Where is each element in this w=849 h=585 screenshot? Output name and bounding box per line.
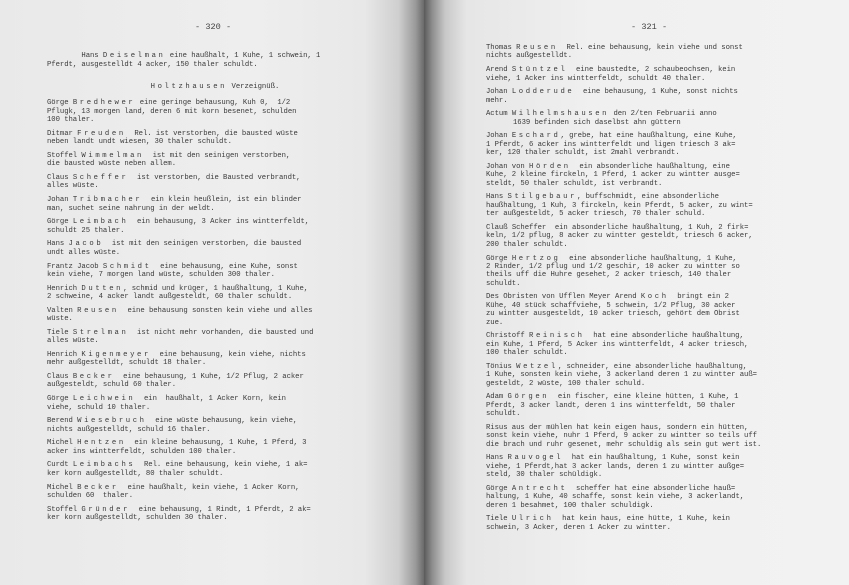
first-name: Hans — [47, 240, 64, 248]
entry: Hans Stilgebaur, buffschmidt, eine abson… — [486, 193, 822, 218]
first-name: Actum — [486, 110, 508, 118]
entry: Henrich Dutten, schmid und krüger, 1 hau… — [47, 285, 383, 302]
entry: Johan von Hörden ein absonderliche haußh… — [486, 163, 822, 188]
first-name: Johan — [47, 196, 69, 204]
entry: Michel Hentzen ein kleine behausung, 1 K… — [47, 439, 383, 456]
right-page-text: Thomas Reusen Rel. eine behausung, kein … — [486, 44, 822, 538]
first-name: Clauß — [486, 224, 508, 232]
entry: Görge Bredhewer eine geringe behausung, … — [47, 99, 383, 124]
first-name: Michel — [47, 439, 73, 447]
section-heading: Holtzhausen Verzeignüß. — [47, 83, 383, 91]
entry: Ditmar Freuden Rel. ist verstorben, die … — [47, 130, 383, 147]
first-name: Tönius — [486, 363, 512, 371]
first-name: Berend — [47, 417, 73, 425]
entry: Hans Rauvogel hat ein haußhaltung, 1 Kuh… — [486, 454, 822, 479]
first-name: Claus — [47, 373, 69, 381]
page-number-left: - 320 - — [195, 22, 231, 32]
entry: Frantz Jacob Schmidt eine behausung, ein… — [47, 263, 383, 280]
surname: Becker — [73, 373, 115, 381]
surname: Stilgebaur — [508, 193, 578, 201]
first-name: Johan — [486, 88, 508, 96]
first-name: Frantz Jacob — [47, 263, 99, 271]
entry: Henrich Kigenmeyer eine behausung, kein … — [47, 351, 383, 368]
first-name: Hans — [486, 193, 503, 201]
first-name: Curdt — [47, 461, 69, 469]
surname: Jacob — [69, 240, 104, 248]
entry-text: ein absonderliche haußhaltung, eine Kuhe… — [486, 163, 740, 188]
left-page: - 320 - Hans Deiselman eine haußhalt, 1 … — [0, 0, 424, 585]
entry: Görge Leimbach ein behausung, 3 Acker in… — [47, 218, 383, 235]
entry: Curdt Leimbachs Rel. eine behausung, kei… — [47, 461, 383, 478]
surname: Ulrich — [512, 515, 554, 523]
first-name: Johan von — [486, 163, 525, 171]
entry: Arend Stüntzel eine baustedte, 2 schaube… — [486, 66, 822, 83]
entry-continuation: 1639 befinden sich daselbst ahn güttern — [486, 119, 822, 127]
first-name: Ditmar — [47, 130, 73, 138]
entry: Risus aus der mühlen hat kein eigen haus… — [486, 424, 822, 449]
entry: Görge Hertzog eine absonderliche haußhal… — [486, 255, 822, 289]
first-name: Christoff — [486, 332, 525, 340]
entry: Valten Reusen eine behausung sonsten kei… — [47, 307, 383, 324]
entry: Thomas Reusen Rel. eine behausung, kein … — [486, 44, 822, 61]
entry-text: den 2/ten Februarii anno — [609, 110, 717, 118]
first-name: Des Obristen von Ufflen Meyer Arend — [486, 293, 637, 301]
surname: Hentzen — [77, 439, 126, 447]
left-page-text: Hans Deiselman eine haußhalt, 1 Kuhe, 1 … — [47, 44, 383, 528]
entry: Berend Wiesebruch eine wüste behausung, … — [47, 417, 383, 434]
surname: Wimmelman — [81, 152, 144, 160]
entry: Görge Leichwein ein haußhalt, 1 Acker Ko… — [47, 395, 383, 412]
surname: Eschard — [512, 132, 561, 140]
surname: Leichwein — [73, 395, 136, 403]
first-name: Görge — [47, 99, 69, 107]
entry: Hans Jacob ist mit den seinigen verstorb… — [47, 240, 383, 257]
entry: Tönius Wetzel, schneider, eine absonderl… — [486, 363, 822, 388]
first-name: Görge — [47, 218, 69, 226]
surname: Freuden — [77, 130, 126, 138]
surname: Reusen — [77, 307, 119, 315]
first-name: Tiele — [486, 515, 508, 523]
entry-text: hat eine absonderliche haußhaltung, ein … — [486, 332, 748, 357]
surname: Koch — [641, 293, 669, 301]
entry: Claus Scheffer ist verstorben, die Baust… — [47, 174, 383, 191]
entry: Claus Becker eine behausung, 1 Kuhe, 1/2… — [47, 373, 383, 390]
entry: Stoffel Gründer eine behausung, 1 Rindt,… — [47, 506, 383, 523]
surname: Tribmacher — [73, 196, 143, 204]
surname: Wilhelmshausen — [512, 110, 609, 118]
entry: Tiele Strelman ist nicht mehr vorhanden,… — [47, 329, 383, 346]
page-number-right: - 321 - — [631, 22, 667, 32]
surname: Strelman — [73, 329, 129, 337]
first-name: Risus aus der mühlen hat kein eigen haus… — [486, 424, 761, 449]
surname: Becker — [77, 484, 119, 492]
entry: Johan Tribmacher ein klein heußlein, ist… — [47, 196, 383, 213]
surname: Leimbachs — [73, 461, 136, 469]
first-name: Stoffel — [47, 506, 77, 514]
entry: Johan Lodderude eine behausung, 1 Kuhe, … — [486, 88, 822, 105]
surname: Hörden — [529, 163, 571, 171]
surname: Scheffer — [512, 224, 546, 232]
entry: Christoff Reinisch hat eine absonderlich… — [486, 332, 822, 357]
first-name: Hans — [81, 52, 98, 60]
first-name: Michel — [47, 484, 73, 492]
first-name: Stoffel — [47, 152, 77, 160]
surname: Lodderude — [512, 88, 575, 96]
surname: Dutten — [81, 285, 123, 293]
surname: Kigenmeyer — [81, 351, 151, 359]
entry: Görge Antrecht scheffer hat eine absonde… — [486, 485, 822, 510]
first-name: Görge — [47, 395, 69, 403]
surname: Gründer — [81, 506, 130, 514]
first-name: Arend — [486, 66, 508, 74]
first-name: Johan — [486, 132, 508, 140]
first-name: Hans — [486, 454, 503, 462]
first-name: Claus — [47, 174, 69, 182]
surname: Scheffer — [73, 174, 129, 182]
first-name: Adam — [486, 393, 503, 401]
first-name: Görge — [486, 255, 508, 263]
entry: Hans Deiselman eine haußhalt, 1 Kuhe, 1 … — [47, 44, 383, 78]
entry-list: Görge Bredhewer eine geringe behausung, … — [47, 99, 383, 522]
heading-suffix: Verzeignüß. — [227, 83, 279, 91]
first-name: Thomas — [486, 44, 512, 52]
surname: Schmidt — [103, 263, 152, 271]
first-name: Tiele — [47, 329, 69, 337]
surname: Leimbach — [73, 218, 129, 226]
surname: Wiesebruch — [77, 417, 147, 425]
entry: Michel Becker eine haußhalt, kein viehe,… — [47, 484, 383, 501]
entry: Johan Eschard, grebe, hat eine haußhaltu… — [486, 132, 822, 157]
book-spread: - 320 - Hans Deiselman eine haußhalt, 1 … — [0, 0, 849, 585]
surname: Bredhewer — [73, 99, 136, 107]
surname: Rauvogel — [508, 454, 564, 462]
heading-place: Holtzhausen — [151, 83, 227, 91]
entry: Stoffel Wimmelman ist mit den seinigen v… — [47, 152, 383, 169]
surname: Görgen — [508, 393, 550, 401]
surname: Wetzel — [516, 363, 558, 371]
surname: Hertzog — [512, 255, 561, 263]
right-page: - 321 - Thomas Reusen Rel. eine behausun… — [424, 0, 849, 585]
entry: Actum Wilhelmshausen den 2/ten Februarii… — [486, 110, 822, 127]
entry: Tiele Ulrich hat kein haus, eine hütte, … — [486, 515, 822, 532]
entry: Adam Görgen ein fischer, eine kleine hüt… — [486, 393, 822, 418]
surname: Stüntzel — [512, 66, 568, 74]
first-name: Valten — [47, 307, 73, 315]
surname: Reinisch — [529, 332, 585, 340]
entry: Des Obristen von Ufflen Meyer Arend Koch… — [486, 293, 822, 327]
first-name: Görge — [486, 485, 508, 493]
first-name: Henrich — [47, 351, 77, 359]
surname: Reusen — [516, 44, 558, 52]
first-name: Henrich — [47, 285, 77, 293]
surname: Antrecht — [512, 485, 568, 493]
surname: Deiselman — [103, 52, 166, 60]
entry: Clauß Scheffer ein absonderliche haußhal… — [486, 224, 822, 249]
